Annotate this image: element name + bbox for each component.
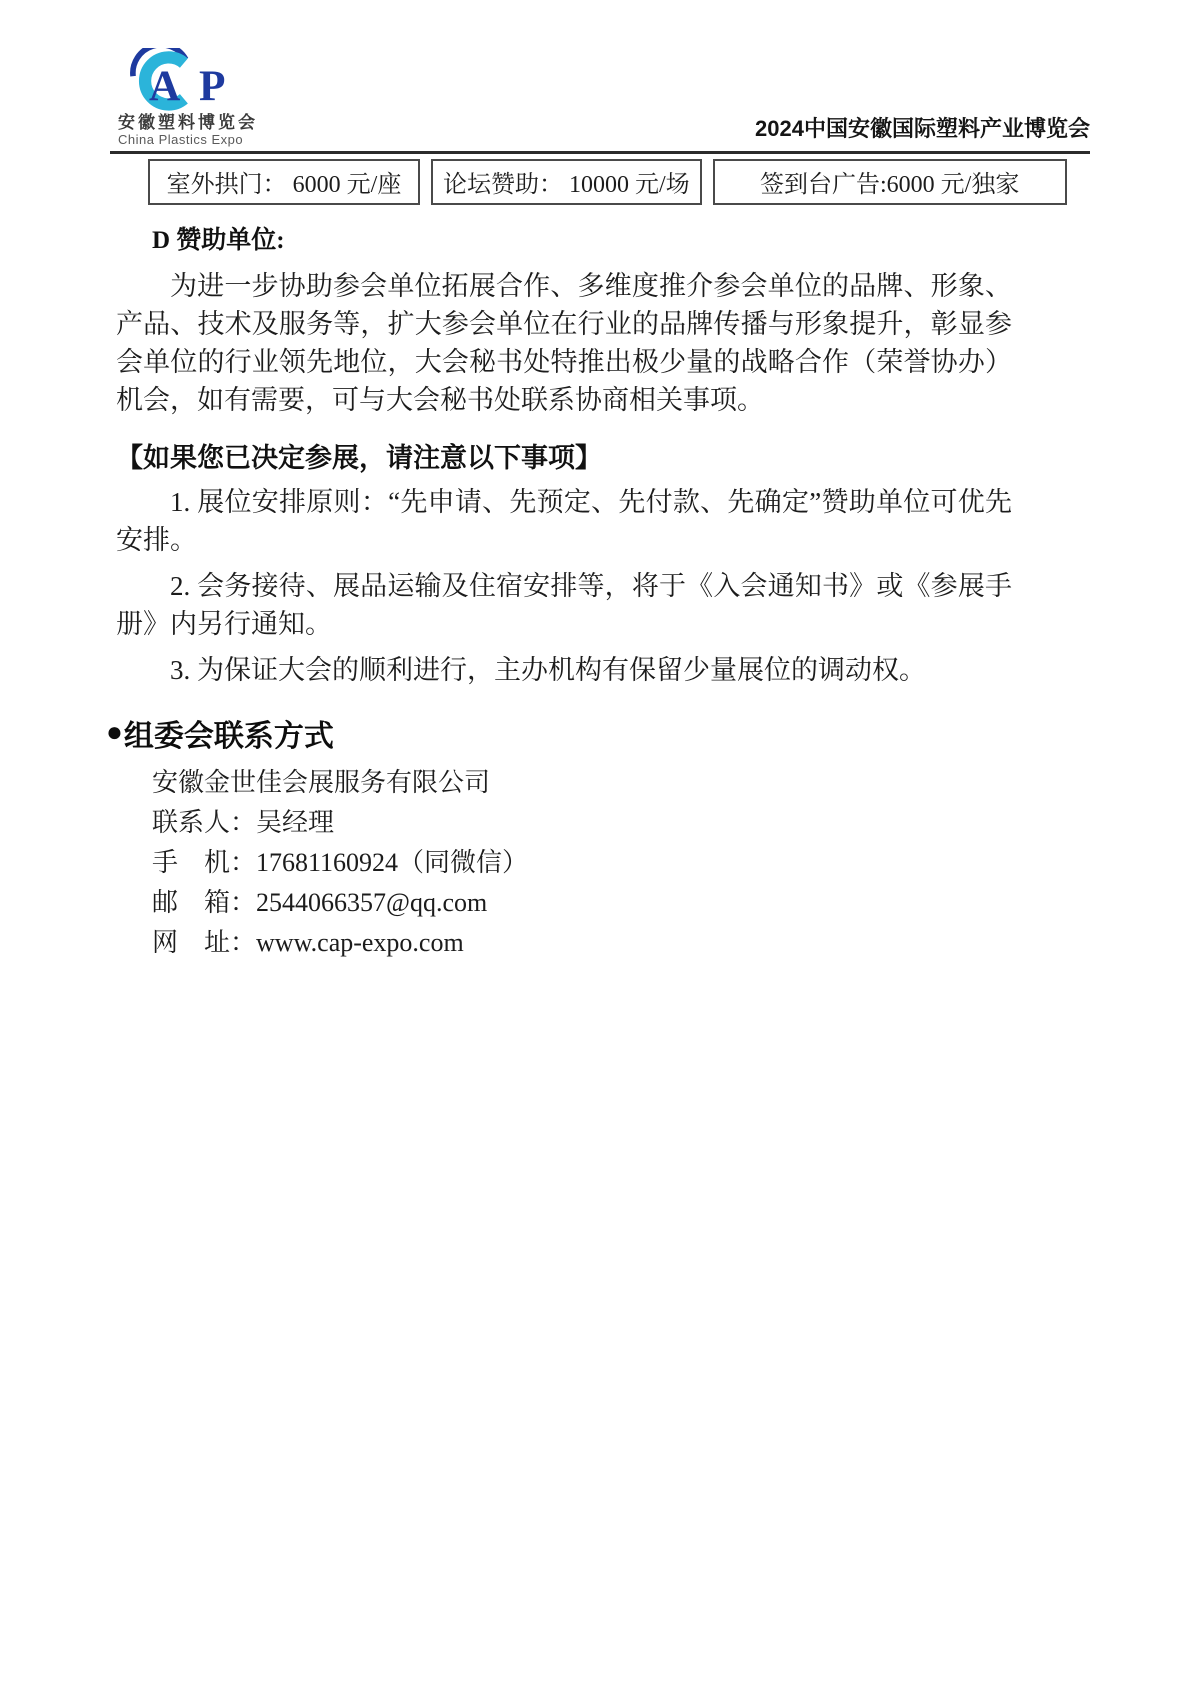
sponsor-paragraph: 为进一步协助参会单位拓展合作、多维度推介参会单位的品牌、形象、产品、技术及服务等… <box>116 267 1012 419</box>
contact-email-row: 邮 箱：2544066357@qq.com <box>152 883 1090 923</box>
price-table: 室外拱门： 6000 元/座 论坛赞助： 10000 元/场 签到台广告:600… <box>148 159 1046 205</box>
notice-item-3: 3. 为保证大会的顺利进行，主办机构有保留少量展位的调动权。 <box>116 651 1012 689</box>
contact-block: 安徽金世佳会展服务有限公司 联系人：吴经理 手 机：17681160924（同微… <box>152 763 1090 963</box>
contact-heading: ● 组委会联系方式 <box>106 711 1090 755</box>
document-page: A P 安徽塑料博览会 China Plastics Expo 2024中国安徽… <box>0 0 1200 1697</box>
contact-heading-label: 组委会联系方式 <box>124 711 334 755</box>
cap-logo-icon: A P <box>118 48 278 112</box>
logo-letter-a: A <box>149 62 180 110</box>
contact-person-value: 吴经理 <box>256 808 334 837</box>
logo-cn-name: 安徽塑料博览会 <box>118 114 278 133</box>
contact-phone-value: 17681160924（同微信） <box>256 848 528 877</box>
contact-email-label: 邮 箱： <box>152 888 256 917</box>
page-title: 2024中国安徽国际塑料产业博览会 <box>755 112 1090 147</box>
contact-phone-label: 手 机： <box>152 848 256 877</box>
contact-person-label: 联系人： <box>152 808 256 837</box>
notice-heading: 【如果您已决定参展，请注意以下事项】 <box>116 436 1090 475</box>
price-cell-forum: 论坛赞助： 10000 元/场 <box>431 159 702 205</box>
contact-person-row: 联系人：吴经理 <box>152 803 1090 843</box>
notice-item-2: 2. 会务接待、展品运输及住宿安排等，将于《入会通知书》或《参展手册》内另行通知… <box>116 567 1012 643</box>
expo-logo: A P 安徽塑料博览会 China Plastics Expo <box>110 48 278 147</box>
contact-email-value: 2544066357@qq.com <box>256 888 487 917</box>
price-cell-signin: 签到台广告:6000 元/独家 <box>713 159 1067 205</box>
contact-phone-row: 手 机：17681160924（同微信） <box>152 843 1090 883</box>
notice-item-1: 1. 展位安排原则：“先申请、先预定、先付款、先确定”赞助单位可优先安排。 <box>116 483 1012 559</box>
contact-company: 安徽金世佳会展服务有限公司 <box>152 763 1090 803</box>
logo-letter-p: P <box>199 62 225 110</box>
logo-en-name: China Plastics Expo <box>118 133 278 147</box>
contact-website-label: 网 址： <box>152 928 256 957</box>
sponsor-section-heading: D 赞助单位: <box>152 220 1090 256</box>
page-header: A P 安徽塑料博览会 China Plastics Expo 2024中国安徽… <box>110 0 1090 154</box>
bullet-icon: ● <box>106 719 123 747</box>
price-cell-arch: 室外拱门： 6000 元/座 <box>148 159 420 205</box>
contact-website-value: www.cap-expo.com <box>256 928 464 957</box>
contact-website-row: 网 址：www.cap-expo.com <box>152 923 1090 963</box>
